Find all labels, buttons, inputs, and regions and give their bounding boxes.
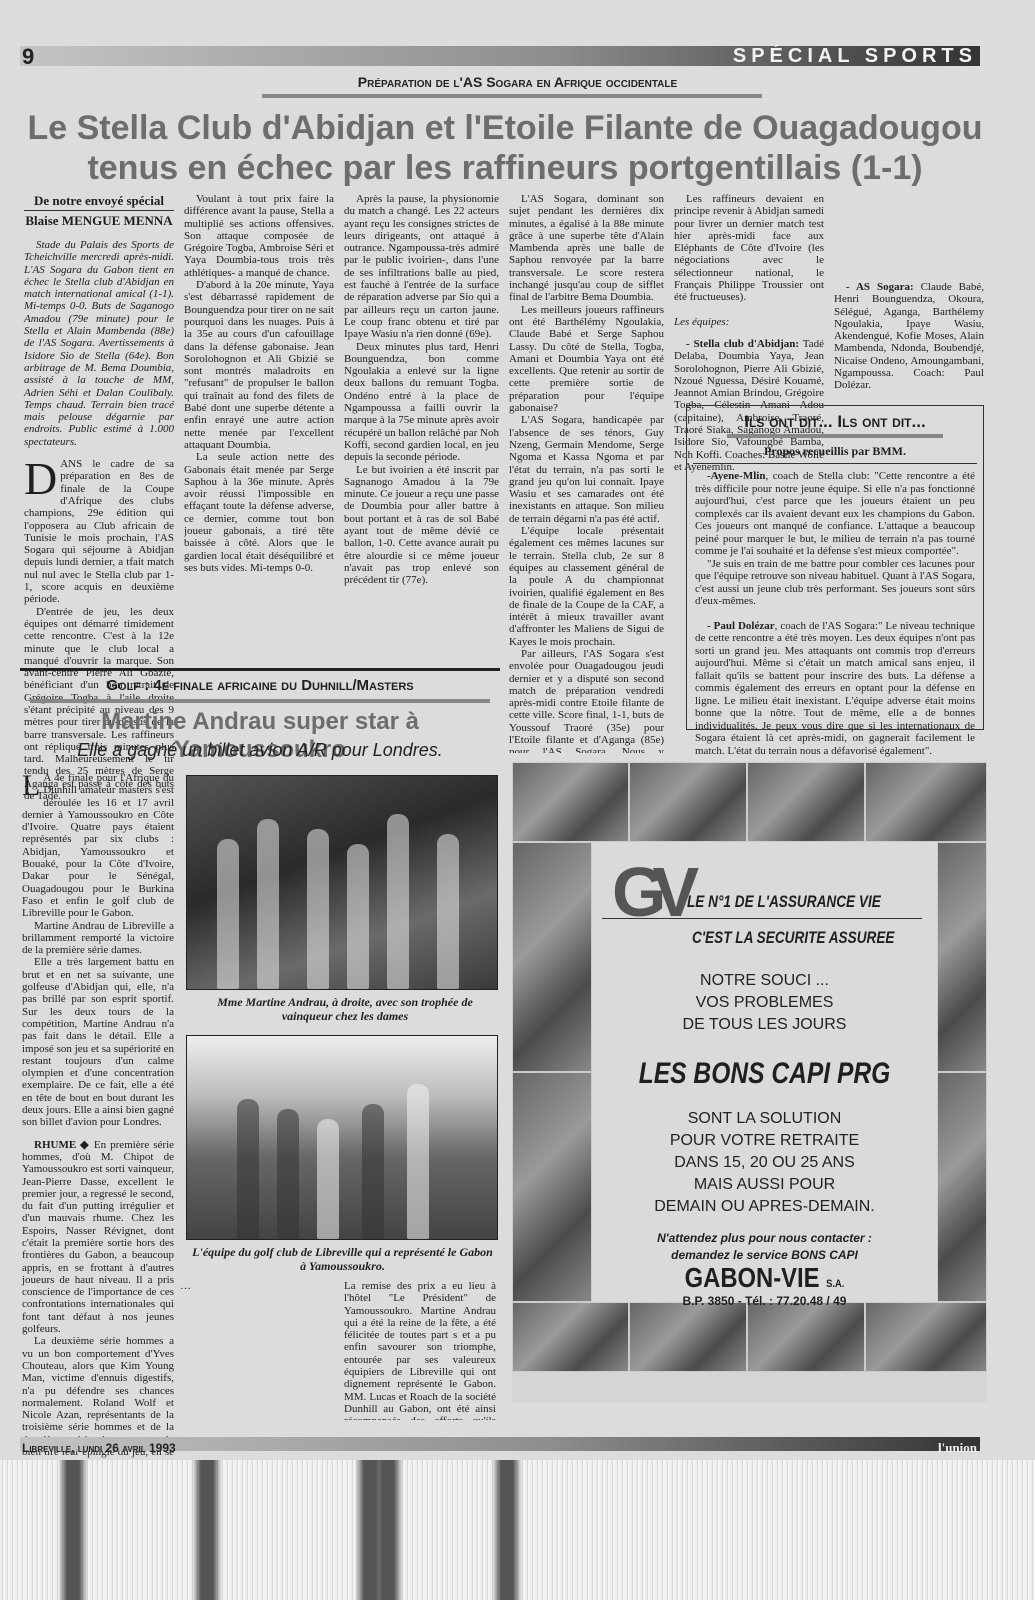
gv-logo: GV — [612, 852, 685, 932]
article-paragraph: Voulant à tout prix faire la différence … — [184, 193, 334, 279]
article-column-2: Voulant à tout prix faire la différence … — [184, 193, 334, 663]
quotes-box-body: -Ayene-Mlin, coach de Stella club: "Cett… — [687, 470, 983, 757]
golf-subhead: Elle a gagné un billet avion A/R pour Lo… — [20, 740, 500, 761]
article-paragraph: L'AS Sogara, dominant son sujet pendant … — [509, 193, 664, 304]
main-kicker: Préparation de l'AS Sogara en Afrique oc… — [0, 74, 1035, 90]
brand-name: GABON-VIE — [685, 1262, 820, 1293]
article-paragraph: Les meilleurs joueurs raffineurs ont été… — [509, 304, 664, 415]
newspaper-page: 9 SPÉCIAL SPORTS Préparation de l'AS Sog… — [0, 0, 1035, 1460]
article-paragraph: L'équipe locale présentait également ces… — [509, 525, 664, 648]
quote-text: "Je suis en train de me battre pour comb… — [695, 558, 975, 608]
quote-text: , coach de Stella club: "Cette rencontre… — [695, 470, 975, 557]
ad-cta-line: N'attendez plus pour nous contacter : — [592, 1230, 937, 1247]
golf-kicker: Golf : 4e finale africaine du Duhnill/Ma… — [20, 677, 500, 694]
ad-line: SONT LA SOLUTION — [592, 1108, 937, 1130]
article-column-6: - AS Sogara: Claude Babé, Henri Bounguen… — [834, 193, 984, 392]
ad-tagline-2: C'EST LA SECURITE ASSUREE — [692, 928, 894, 948]
article-paragraph: Le but ivoirien a été inscrit par Sagnan… — [344, 464, 499, 587]
ad-message-2: SONT LA SOLUTION POUR VOTRE RETRAITE DAN… — [592, 1108, 937, 1218]
photo2-caption: L'équipe du golf club de Libreville qui … — [190, 1245, 495, 1273]
article-paragraph: Après la pause, la physionomie du match … — [344, 193, 499, 341]
quotes-box: Ils ont dit... Ils ont dit... Propos rec… — [686, 405, 984, 730]
quotes-box-title: Ils ont dit... Ils ont dit... — [687, 412, 983, 432]
ad-line: NOTRE SOUCI ... — [592, 970, 937, 992]
scan-artifact-area — [0, 1460, 1035, 1600]
ad-contact: B.P. 3850 - Tél. : 77.20.48 / 49 — [592, 1294, 937, 1308]
quotes-box-subtitle: Propos recueillis par BMM. — [693, 444, 977, 464]
quote-ayene-mlin: -Ayene-Mlin, coach de Stella club: "Cett… — [695, 470, 975, 558]
team-name: - Stella club d'Abidjan: — [686, 338, 799, 350]
ad-line: POUR VOTRE RETRAITE — [592, 1130, 937, 1152]
paragraph-text: En première série hommes, d'où M. Chipot… — [22, 1139, 174, 1335]
quote-dolezar: - Paul Dolézar, coach de l'AS Sogara:" L… — [695, 620, 975, 758]
ad-product-name: LES BONS CAPI PRG — [623, 1057, 906, 1091]
golf-column-3: La remise des prix a eu lieu à l'hôtel "… — [344, 1280, 496, 1420]
article-paragraph: La seule action nette des Gabonais était… — [184, 451, 334, 574]
section-title: SPÉCIAL SPORTS — [733, 45, 977, 68]
photo1-caption: Mme Martine Andrau, à droite, avec son t… — [200, 995, 490, 1023]
article-paragraph: Martine Andrau de Libreville a brillamme… — [22, 920, 174, 957]
golf-column-2: … — [180, 1280, 330, 1420]
quote-text: , coach de l'AS Sogara:" Le niveau techn… — [695, 620, 975, 757]
gabon-vie-advertisement: GV LE N°1 DE L'ASSURANCE VIE C'EST LA SE… — [512, 762, 987, 1402]
ad-line: DANS 15, 20 OU 25 ANS — [592, 1152, 937, 1174]
article-paragraph: Deux minutes plus tard, Henri Bounguendz… — [344, 341, 499, 464]
article-paragraph: Les raffineurs devaient en principe reve… — [674, 193, 824, 304]
drop-cap: D — [24, 460, 57, 498]
paragraph-text: A 4e finale pour l'Afrique du Dunhill am… — [22, 772, 174, 919]
team-players: Claude Babé, Henri Bounguendza, Okoura, … — [834, 281, 984, 391]
article-paragraph: Par ailleurs, l'AS Sogara s'est envolée … — [509, 648, 664, 753]
golf-kicker-rule — [30, 699, 490, 703]
ad-line: DE TOUS LES JOURS — [592, 1014, 937, 1036]
team-lineup-sogara: - AS Sogara: Claude Babé, Henri Bounguen… — [834, 281, 984, 392]
golf-top-rule — [20, 668, 500, 671]
article-paragraph: L'AS Sogara, handicapée par l'absence de… — [509, 414, 664, 525]
article-lede: Stade du Palais des Sports de Tcheichvil… — [24, 239, 174, 448]
quotes-box-rule — [727, 434, 943, 438]
golf-column-1: LA 4e finale pour l'Afrique du Dunhill a… — [22, 772, 174, 1544]
main-headline-line1: Le Stella Club d'Abidjan et l'Etoile Fil… — [0, 108, 1010, 148]
kicker-rule — [262, 94, 762, 98]
ad-tagline-1: LE N°1 DE L'ASSURANCE VIE — [687, 892, 881, 912]
drop-cap: L — [22, 774, 40, 798]
paragraph-lead: RHUME ◆ — [34, 1139, 90, 1151]
brand-suffix: S.A. — [826, 1278, 844, 1290]
ad-line: DEMAIN OU APRES-DEMAIN. — [592, 1196, 937, 1218]
ad-line: VOS PROBLEMES — [592, 992, 937, 1014]
main-headline-line2: tenus en échec par les raffineurs portge… — [0, 148, 1010, 188]
ad-message-1: NOTRE SOUCI ... VOS PROBLEMES DE TOUS LE… — [592, 970, 937, 1036]
ad-brand: GABON-VIE S.A. — [618, 1262, 911, 1294]
article-paragraph: La remise des prix a eu lieu à l'hôtel "… — [344, 1280, 496, 1420]
article-paragraph: RHUME ◆ En première série hommes, d'où M… — [22, 1139, 174, 1336]
quote-speaker: -Ayene-Mlin — [707, 470, 765, 482]
ad-rule — [602, 918, 922, 919]
ad-line: MAIS AUSSI POUR — [592, 1174, 937, 1196]
byline-rule — [24, 210, 174, 211]
teams-label: Les équipes: — [674, 316, 824, 328]
article-paragraph: … — [180, 1280, 330, 1292]
team-name: - AS Sogara: — [846, 281, 914, 293]
article-paragraph: LA 4e finale pour l'Afrique du Dunhill a… — [22, 772, 174, 920]
quote-speaker: - Paul Dolézar — [707, 620, 775, 632]
article-column-3: Après la pause, la physionomie du match … — [344, 193, 499, 663]
photo-golf-team — [186, 1035, 498, 1240]
article-column-4: L'AS Sogara, dominant son sujet pendant … — [509, 193, 664, 753]
photo-trophy-ceremony — [186, 775, 498, 990]
byline-label: De notre envoyé spécial — [24, 193, 174, 209]
byline-name: Blaise MENGUE MENNA — [24, 213, 174, 229]
page-number: 9 — [22, 44, 34, 70]
article-paragraph: DANS le cadre de sa préparation en 8es d… — [24, 458, 174, 606]
ad-content: GV LE N°1 DE L'ASSURANCE VIE C'EST LA SE… — [592, 842, 937, 1302]
article-paragraph: D'abord à la 20e minute, Yaya s'est déba… — [184, 279, 334, 451]
publication-name: l'union — [938, 1440, 977, 1456]
ad-call-to-action: N'attendez plus pour nous contacter : de… — [592, 1230, 937, 1264]
article-paragraph: Elle a très largement battu en brut et e… — [22, 956, 174, 1128]
dateline: Libreville, lundi 26 avril 1993 — [22, 1441, 176, 1455]
